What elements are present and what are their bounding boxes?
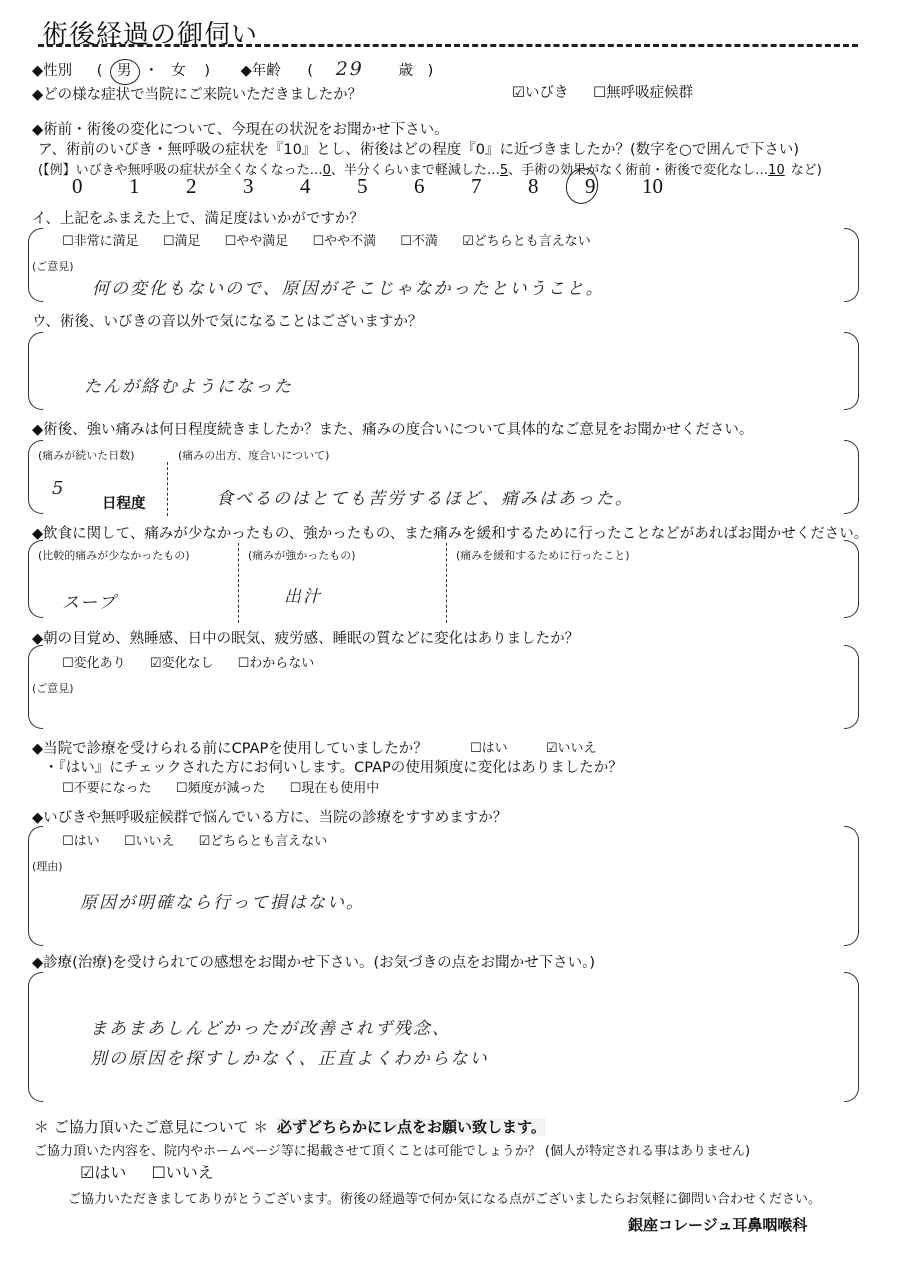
age-value[interactable]: 29 [336,58,364,80]
empty-box-icon: ☐ [290,781,302,796]
pain-days-label: (痛みが続いた日数) [38,447,135,463]
checkbox-somewhat-satisfied[interactable]: ☐やや満足 [225,230,289,249]
cpap-options: ☐はい ☑いいえ [470,737,616,756]
scale-7[interactable]: 7 [471,174,528,199]
pain-days-unit: 日程度 [102,492,146,513]
gender-option-female[interactable]: 女 [171,63,186,79]
reason-label: (理由) [32,858,63,874]
consent-heading-a: ＊ ご協力頂いたご意見について ＊ [34,1118,268,1136]
scale-1[interactable]: 1 [129,174,186,199]
scale-0[interactable]: 0 [72,174,129,199]
thanks-message: ご協力いただきましてありがとうございます。術後の経過等で何か気になる点がございま… [68,1188,821,1207]
checkbox-changed[interactable]: ☐変化あり [62,652,126,671]
consent-heading-b: 必ずどちらかにレ点をお願い致します。 [277,1118,546,1136]
satisfaction-question: イ、上記をふまえた上で、満足度はいかがですか？ [32,207,364,228]
checkbox-consent-yes[interactable]: ☑はい [80,1160,126,1183]
bracket-right [844,228,859,302]
checked-box-icon: ☑ [80,1163,94,1182]
less-pain-value[interactable]: スープ [62,588,117,613]
option-label: 変化あり [74,656,126,671]
pain-degree-label: (痛みの出方、度合いについて) [178,447,329,463]
impressions-line-1[interactable]: まあまあしんどかったが改善されず残念、 [90,1014,451,1039]
age-unit: 歳 [399,63,414,79]
checkbox-less-frequent[interactable]: ☐頻度が減った [176,777,266,796]
recommend-question: ◆いびきや無呼吸症候群で悩んでいる方に、当院の診療をすすめますか？ [32,806,507,827]
paren: ) [204,63,210,79]
option-label: やや不満 [324,234,376,249]
checked-box-icon: ☑ [546,741,558,756]
empty-box-icon: ☐ [163,234,175,249]
bracket-right [844,440,859,514]
checkbox-very-satisfied[interactable]: ☐非常に満足 [62,230,139,249]
checkbox-somewhat-dissatisfied[interactable]: ☐やや不満 [312,230,376,249]
scale-2[interactable]: 2 [186,174,243,199]
gender-label: ◆性別 [32,63,72,79]
option-label: 不満 [412,234,438,249]
other-concerns-answer[interactable]: たんが絡むようになった [84,372,293,397]
symptoms-options: ☑いびき ☐無呼吸症候群 [512,81,713,102]
option-label: いいえ [135,834,174,849]
cpap-sub-options: ☐不要になった ☐頻度が減った ☐現在も使用中 [62,777,399,796]
bracket-left [28,972,43,1102]
dashed-divider [238,543,239,623]
scale-6[interactable]: 6 [414,174,471,199]
option-label: いいえ [166,1163,214,1182]
scale-10[interactable]: 10 [642,174,699,199]
checkbox-cpap-no[interactable]: ☑いいえ [546,737,597,756]
sleep-options: ☐変化あり ☑変化なし ☐わからない [62,652,334,671]
scale-3[interactable]: 3 [243,174,300,199]
option-label: わからない [249,656,314,671]
change-question-a: ア、術前のいびき・無呼吸の症状を『10』とし、術後はどの程度『0』に近づきました… [38,138,799,159]
paren: ( [307,63,313,79]
empty-box-icon: ☐ [62,781,74,796]
scale-4[interactable]: 4 [300,174,357,199]
option-label: 満足 [174,234,200,249]
checkbox-apnea[interactable]: ☐無呼吸症候群 [593,81,693,102]
empty-box-icon: ☐ [238,656,250,671]
impressions-question: ◆診療(治療)を受けられての感想をお聞かせ下さい。(お気づきの点をお聞かせ下さい… [32,951,595,972]
empty-box-icon: ☐ [593,85,606,101]
satisfaction-opinion[interactable]: 何の変化もないので、原因がそこじゃなかったということ。 [92,274,605,299]
satisfaction-options: ☐非常に満足 ☐満足 ☐やや満足 ☐やや不満 ☐不満 ☑どちらとも言えない [62,230,611,249]
impressions-line-2[interactable]: 別の原因を探すしかなく、正直よくわからない [90,1044,489,1069]
checkbox-dissatisfied[interactable]: ☐不満 [400,230,438,249]
empty-box-icon: ☐ [470,741,482,756]
checked-box-icon: ☑ [199,834,211,849]
option-label: 頻度が減った [187,781,265,796]
relief-label: (痛みを緩和するために行ったこと) [456,547,630,563]
checked-box-icon: ☑ [150,656,162,671]
checkbox-snoring[interactable]: ☑いびき [512,81,569,102]
food-question: ◆飲食に関して、痛みが少なかったもの、強かったもの、また痛みを緩和するために行っ… [32,522,868,543]
option-label: はい [94,1163,126,1182]
option-label: 変化なし [161,656,213,671]
paren: ( [97,63,103,79]
scale-5[interactable]: 5 [357,174,414,199]
cpap-question: ◆当院で診療を受けられる前にCPAPを使用していましたか？ [32,737,428,758]
clinic-name: 銀座コレージュ耳鼻咽喉科 [628,1214,807,1235]
bracket-right [844,972,859,1102]
recommend-options: ☐はい ☐いいえ ☑どちらとも言えない [62,830,347,849]
bracket-right [844,540,859,618]
rating-scale: 012345678910 [72,174,699,199]
strong-pain-label: (痛みが強かったもの) [248,547,356,563]
other-concerns-question: ウ、術後、いびきの音以外で気になることはございますか？ [32,310,422,331]
bracket-left [28,332,43,410]
example-value: 10 [768,163,785,178]
symptoms-question: ◆どの様な症状で当院にご来院いただきましたか？ [32,83,362,104]
consent-options: ☑はい ☐いいえ [80,1160,234,1183]
bracket-right [844,826,859,946]
option-label: いいえ [557,741,596,756]
option-label: 現在も使用中 [301,781,379,796]
option-label: 無呼吸症候群 [606,85,693,101]
gender-option-male[interactable]: 男 [117,63,136,79]
checked-box-icon: ☑ [512,85,525,101]
empty-box-icon: ☐ [62,834,74,849]
checkbox-recommend-no[interactable]: ☐いいえ [124,830,175,849]
empty-box-icon: ☐ [62,234,74,249]
bracket-left [28,826,43,946]
checkbox-unknown[interactable]: ☐わからない [238,652,315,671]
checkbox-no-change[interactable]: ☑変化なし [150,652,214,671]
checkbox-satisfied[interactable]: ☐満足 [163,230,201,249]
bracket-right [844,645,859,729]
empty-box-icon: ☐ [151,1163,165,1182]
bracket-right [844,332,859,410]
consent-heading: ＊ ご協力頂いたご意見について ＊ 必ずどちらかにレ点をお願い致します。 [34,1116,546,1137]
empty-box-icon: ☐ [400,234,412,249]
age-label: ◆年齢 [241,63,281,79]
option-label: はい [482,741,508,756]
dashed-divider [167,462,168,516]
checkbox-neither[interactable]: ☑どちらとも言えない [462,230,591,249]
title-divider [38,44,858,47]
recommend-reason[interactable]: 原因が明確なら行って損はない。 [80,888,365,913]
dashed-divider [446,543,447,623]
sleep-question: ◆朝の目覚め、熟睡感、日中の眠気、疲労感、睡眠の質などに変化はありましたか？ [32,627,579,648]
paren: ) [428,63,434,79]
opinion-label: (ご意見) [32,258,74,274]
strong-pain-value[interactable]: 出汁 [284,582,322,607]
option-label: 非常に満足 [74,234,139,249]
checkbox-not-needed[interactable]: ☐不要になった [62,777,152,796]
consent-question: ご協力頂いた内容を、院内やホームページ等に掲載させて頂くことは可能でしょうか？ … [34,1140,750,1159]
opinion-label: (ご意見) [32,680,74,696]
example-text: など) [791,163,822,178]
pain-days-value[interactable]: 5 [52,478,65,499]
checkbox-still-using[interactable]: ☐現在も使用中 [290,777,380,796]
change-heading: ◆術前・術後の変化について、今現在の状況をお聞かせ下さい。 [32,118,449,139]
checkbox-recommend-neither[interactable]: ☑どちらとも言えない [199,830,328,849]
empty-box-icon: ☐ [312,234,324,249]
empty-box-icon: ☐ [176,781,188,796]
option-label: どちらとも言えない [210,834,327,849]
pain-degree-text[interactable]: 食べるのはとても苦労するほど、痛みはあった。 [216,484,634,509]
empty-box-icon: ☐ [62,656,74,671]
checked-box-icon: ☑ [462,234,474,249]
option-label: いびき [525,85,569,101]
empty-box-icon: ☐ [124,834,136,849]
pain-question: ◆術後、強い痛みは何日程度続きましたか？また、痛みの度合いについて具体的なご意見… [32,418,753,439]
checkbox-cpap-yes[interactable]: ☐はい [470,737,508,756]
empty-box-icon: ☐ [225,234,237,249]
checkbox-consent-no[interactable]: ☐いいえ [151,1160,213,1183]
selected-circle [110,59,140,85]
option-label: はい [74,834,100,849]
option-label: どちらとも言えない [474,234,591,249]
checkbox-recommend-yes[interactable]: ☐はい [62,830,100,849]
gender-row: ◆性別 ( 男 ・ 女 ) ◆年齢 ( 29 歳 ) [32,58,433,80]
cpap-sub-question: ・『はい』にチェックされた方にお伺いします。CPAPの使用頻度に変化はありました… [44,756,623,777]
option-label: 不要になった [74,781,152,796]
option-label: やや満足 [236,234,288,249]
less-pain-label: (比較的痛みが少なかったもの) [38,547,190,563]
separator: ・ [144,63,159,79]
